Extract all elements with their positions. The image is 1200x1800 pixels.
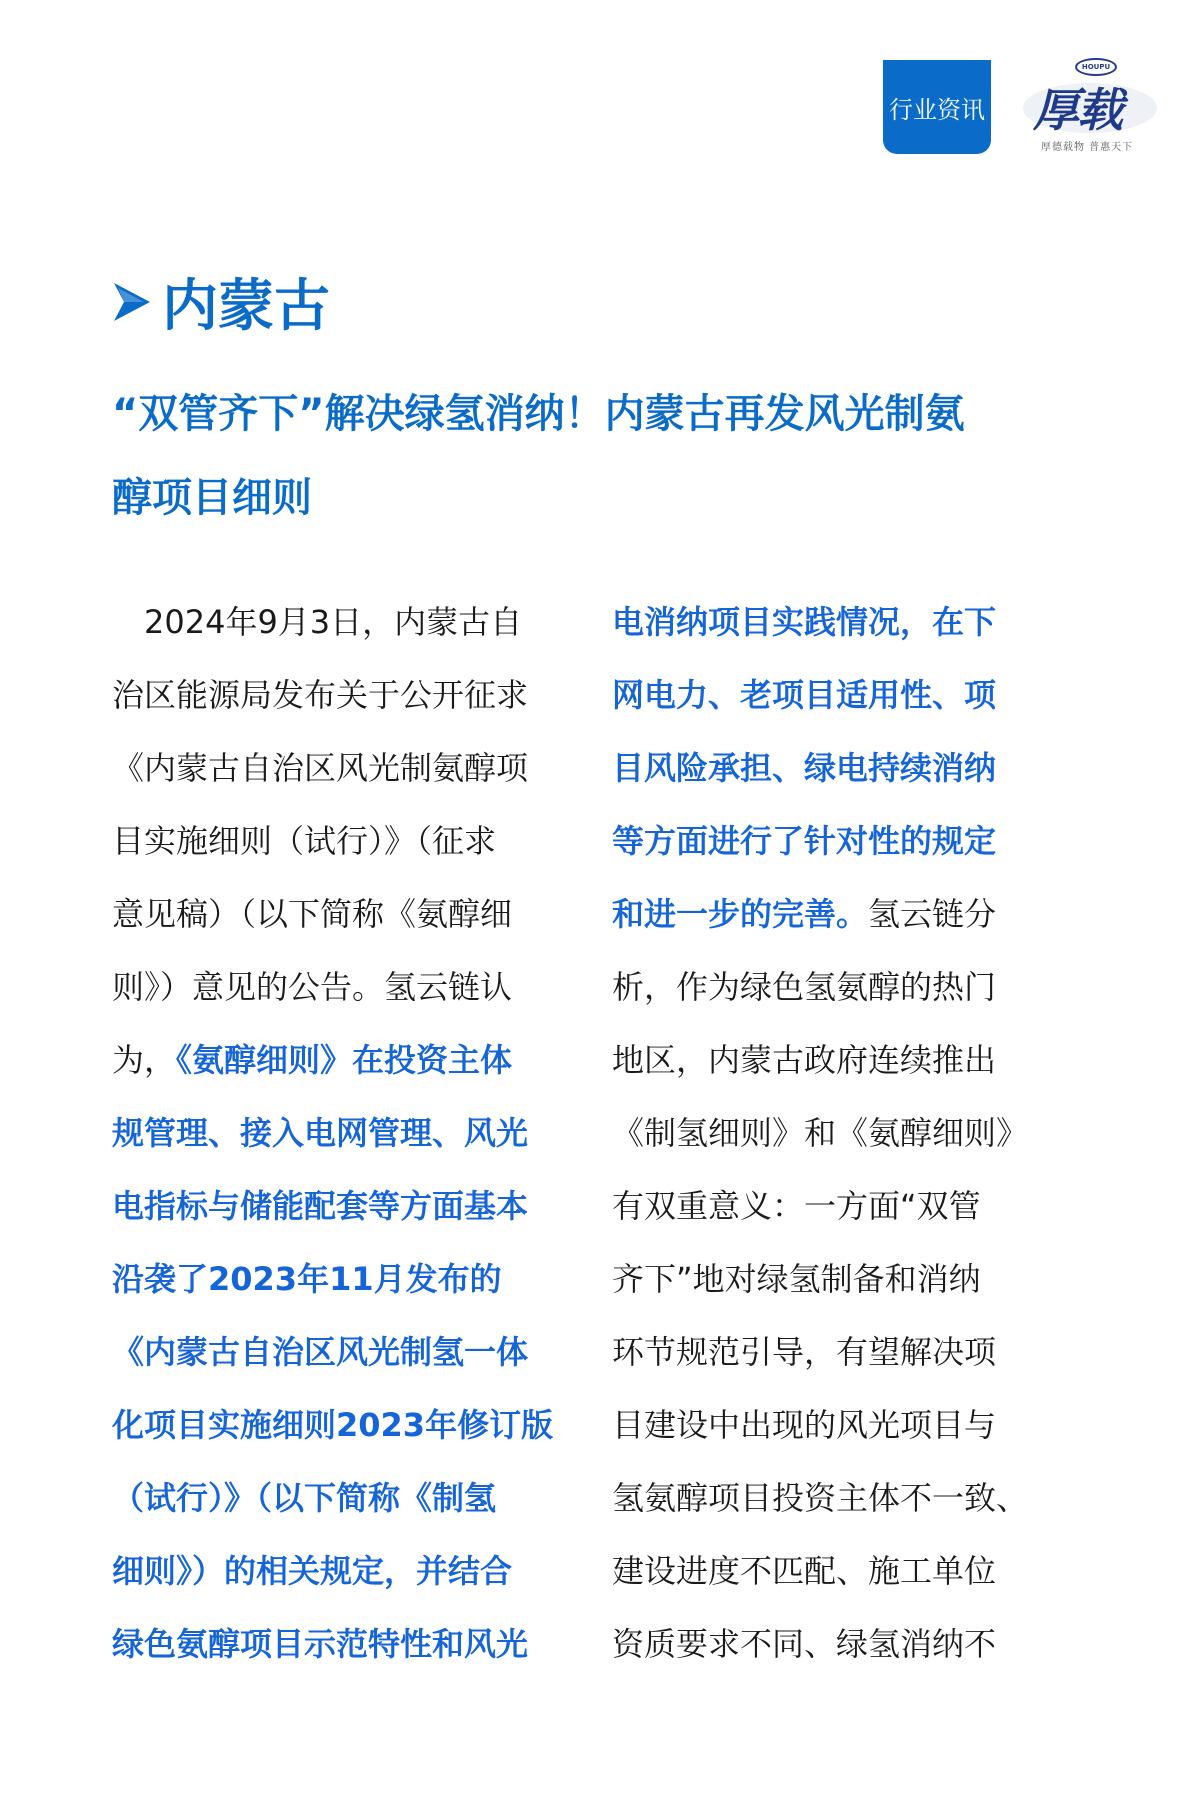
- body-text-line: 目实施细则（试行）》（征求: [112, 805, 572, 878]
- body-text-line: 等方面进行了针对性的规定: [612, 805, 1072, 878]
- body-text-line: 析，作为绿色氢氨醇的热门: [612, 951, 1072, 1024]
- company-logo: HOUPU 厚载 厚德载物 普惠天下: [1005, 58, 1165, 158]
- highlighted-text: 电消纳项目实践情况，在下: [612, 603, 996, 641]
- body-text-line: 细则》）的相关规定，并结合: [112, 1535, 572, 1608]
- body-text-line: 2024年9月3日，内蒙古自: [112, 586, 572, 659]
- body-text-line: 地区，内蒙古政府连续推出: [612, 1024, 1072, 1097]
- highlighted-text: 化项目实施细则2023年修订版: [112, 1406, 553, 1444]
- body-text-line: 环节规范引导，有望解决项: [612, 1316, 1072, 1389]
- body-text-line: 沿袭了2023年11月发布的: [112, 1243, 572, 1316]
- article-title-line: “双管齐下”解决绿氢消纳！内蒙古再发风光制氨: [112, 372, 1062, 456]
- body-text-line: （试行）》（以下简称《制氢: [112, 1462, 572, 1535]
- body-text: 为，: [112, 1041, 176, 1079]
- category-badge-label: 行业资讯: [889, 90, 985, 125]
- body-text-line: 绿色氨醇项目示范特性和风光: [112, 1608, 572, 1681]
- body-text-line: 氢氨醇项目投资主体不一致、: [612, 1462, 1072, 1535]
- highlighted-text: 规管理、接入电网管理、风光: [112, 1114, 528, 1152]
- body-text-line: 《内蒙古自治区风光制氢一体: [112, 1316, 572, 1389]
- section-title: 内蒙古: [162, 262, 330, 342]
- body-text-line: 资质要求不同、绿氢消纳不: [612, 1608, 1072, 1681]
- highlighted-text: 绿色氨醇项目示范特性和风光: [112, 1625, 528, 1663]
- body-text-line: 电消纳项目实践情况，在下: [612, 586, 1072, 659]
- body-text-line: 治区能源局发布关于公开征求: [112, 659, 572, 732]
- body-text-line: 《制氢细则》和《氨醇细则》: [612, 1097, 1072, 1170]
- body-text: 目建设中出现的风光项目与: [612, 1406, 996, 1444]
- body-text: 地区，内蒙古政府连续推出: [612, 1041, 996, 1079]
- body-text: 治区能源局发布关于公开征求: [112, 676, 528, 714]
- body-text: 2024年9月3日，内蒙古自: [112, 603, 522, 641]
- body-text-line: 和进一步的完善。氢云链分: [612, 878, 1072, 951]
- body-text-line: 齐下”地对绿氢制备和消纳: [612, 1243, 1072, 1316]
- body-text: 《制氢细则》和《氨醇细则》: [612, 1114, 1028, 1152]
- body-text-line: 目建设中出现的风光项目与: [612, 1389, 1072, 1462]
- highlighted-text: （试行）》（以下简称《制氢: [112, 1479, 496, 1517]
- body-text: 资质要求不同、绿氢消纳不: [612, 1625, 996, 1663]
- arrow-right-icon: [112, 279, 152, 325]
- highlighted-text: 电指标与储能配套等方面基本: [112, 1187, 528, 1225]
- body-text: 目实施细则（试行）》（征求: [112, 822, 496, 860]
- body-text-line: 有双重意义：一方面“双管: [612, 1170, 1072, 1243]
- body-text: 则》）意见的公告。氢云链认: [112, 968, 512, 1006]
- body-text: 析，作为绿色氢氨醇的热门: [612, 968, 996, 1006]
- article-title: “双管齐下”解决绿氢消纳！内蒙古再发风光制氨 醇项目细则: [112, 372, 1062, 540]
- highlighted-text: 和进一步的完善。: [612, 895, 868, 933]
- article-body-right-column: 电消纳项目实践情况，在下网电力、老项目适用性、项目风险承担、绿电持续消纳等方面进…: [612, 586, 1072, 1681]
- highlighted-text: 《内蒙古自治区风光制氢一体: [112, 1333, 528, 1371]
- body-text-line: 意见稿）（以下简称《氨醇细: [112, 878, 572, 951]
- highlighted-text: 网电力、老项目适用性、项: [612, 676, 996, 714]
- category-badge: 行业资讯: [883, 60, 991, 154]
- body-text: 氢云链分: [868, 895, 996, 933]
- body-text-line: 规管理、接入电网管理、风光: [112, 1097, 572, 1170]
- body-text: 有双重意义：一方面“双管: [612, 1187, 981, 1225]
- logo-slogan: 厚德载物 普惠天下: [1041, 138, 1133, 153]
- section-heading: 内蒙古: [112, 262, 330, 342]
- body-text-line: 为，《氨醇细则》在投资主体: [112, 1024, 572, 1097]
- body-text: 氢氨醇项目投资主体不一致、: [612, 1479, 1028, 1517]
- body-text: 环节规范引导，有望解决项: [612, 1333, 996, 1371]
- body-text-line: 电指标与储能配套等方面基本: [112, 1170, 572, 1243]
- body-text-line: 建设进度不匹配、施工单位: [612, 1535, 1072, 1608]
- body-text-line: 目风险承担、绿电持续消纳: [612, 732, 1072, 805]
- body-text: 意见稿）（以下简称《氨醇细: [112, 895, 512, 933]
- highlighted-text: 目风险承担、绿电持续消纳: [612, 749, 996, 787]
- body-text-line: 《内蒙古自治区风光制氨醇项: [112, 732, 572, 805]
- body-text: 齐下”地对绿氢制备和消纳: [612, 1260, 981, 1298]
- highlighted-text: 等方面进行了针对性的规定: [612, 822, 996, 860]
- body-text-line: 则》）意见的公告。氢云链认: [112, 951, 572, 1024]
- article-body-left-column: 2024年9月3日，内蒙古自治区能源局发布关于公开征求《内蒙古自治区风光制氨醇项…: [112, 586, 572, 1681]
- highlighted-text: 沿袭了2023年11月发布的: [112, 1260, 502, 1298]
- body-text: 《内蒙古自治区风光制氨醇项: [112, 749, 528, 787]
- body-text-line: 网电力、老项目适用性、项: [612, 659, 1072, 732]
- body-text: 建设进度不匹配、施工单位: [612, 1552, 996, 1590]
- body-text-line: 化项目实施细则2023年修订版: [112, 1389, 572, 1462]
- article-title-line: 醇项目细则: [112, 456, 1062, 540]
- highlighted-text: 《氨醇细则》在投资主体: [176, 1041, 512, 1079]
- highlighted-text: 细则》）的相关规定，并结合: [112, 1552, 512, 1590]
- logo-brand-text: 厚载: [1033, 74, 1121, 140]
